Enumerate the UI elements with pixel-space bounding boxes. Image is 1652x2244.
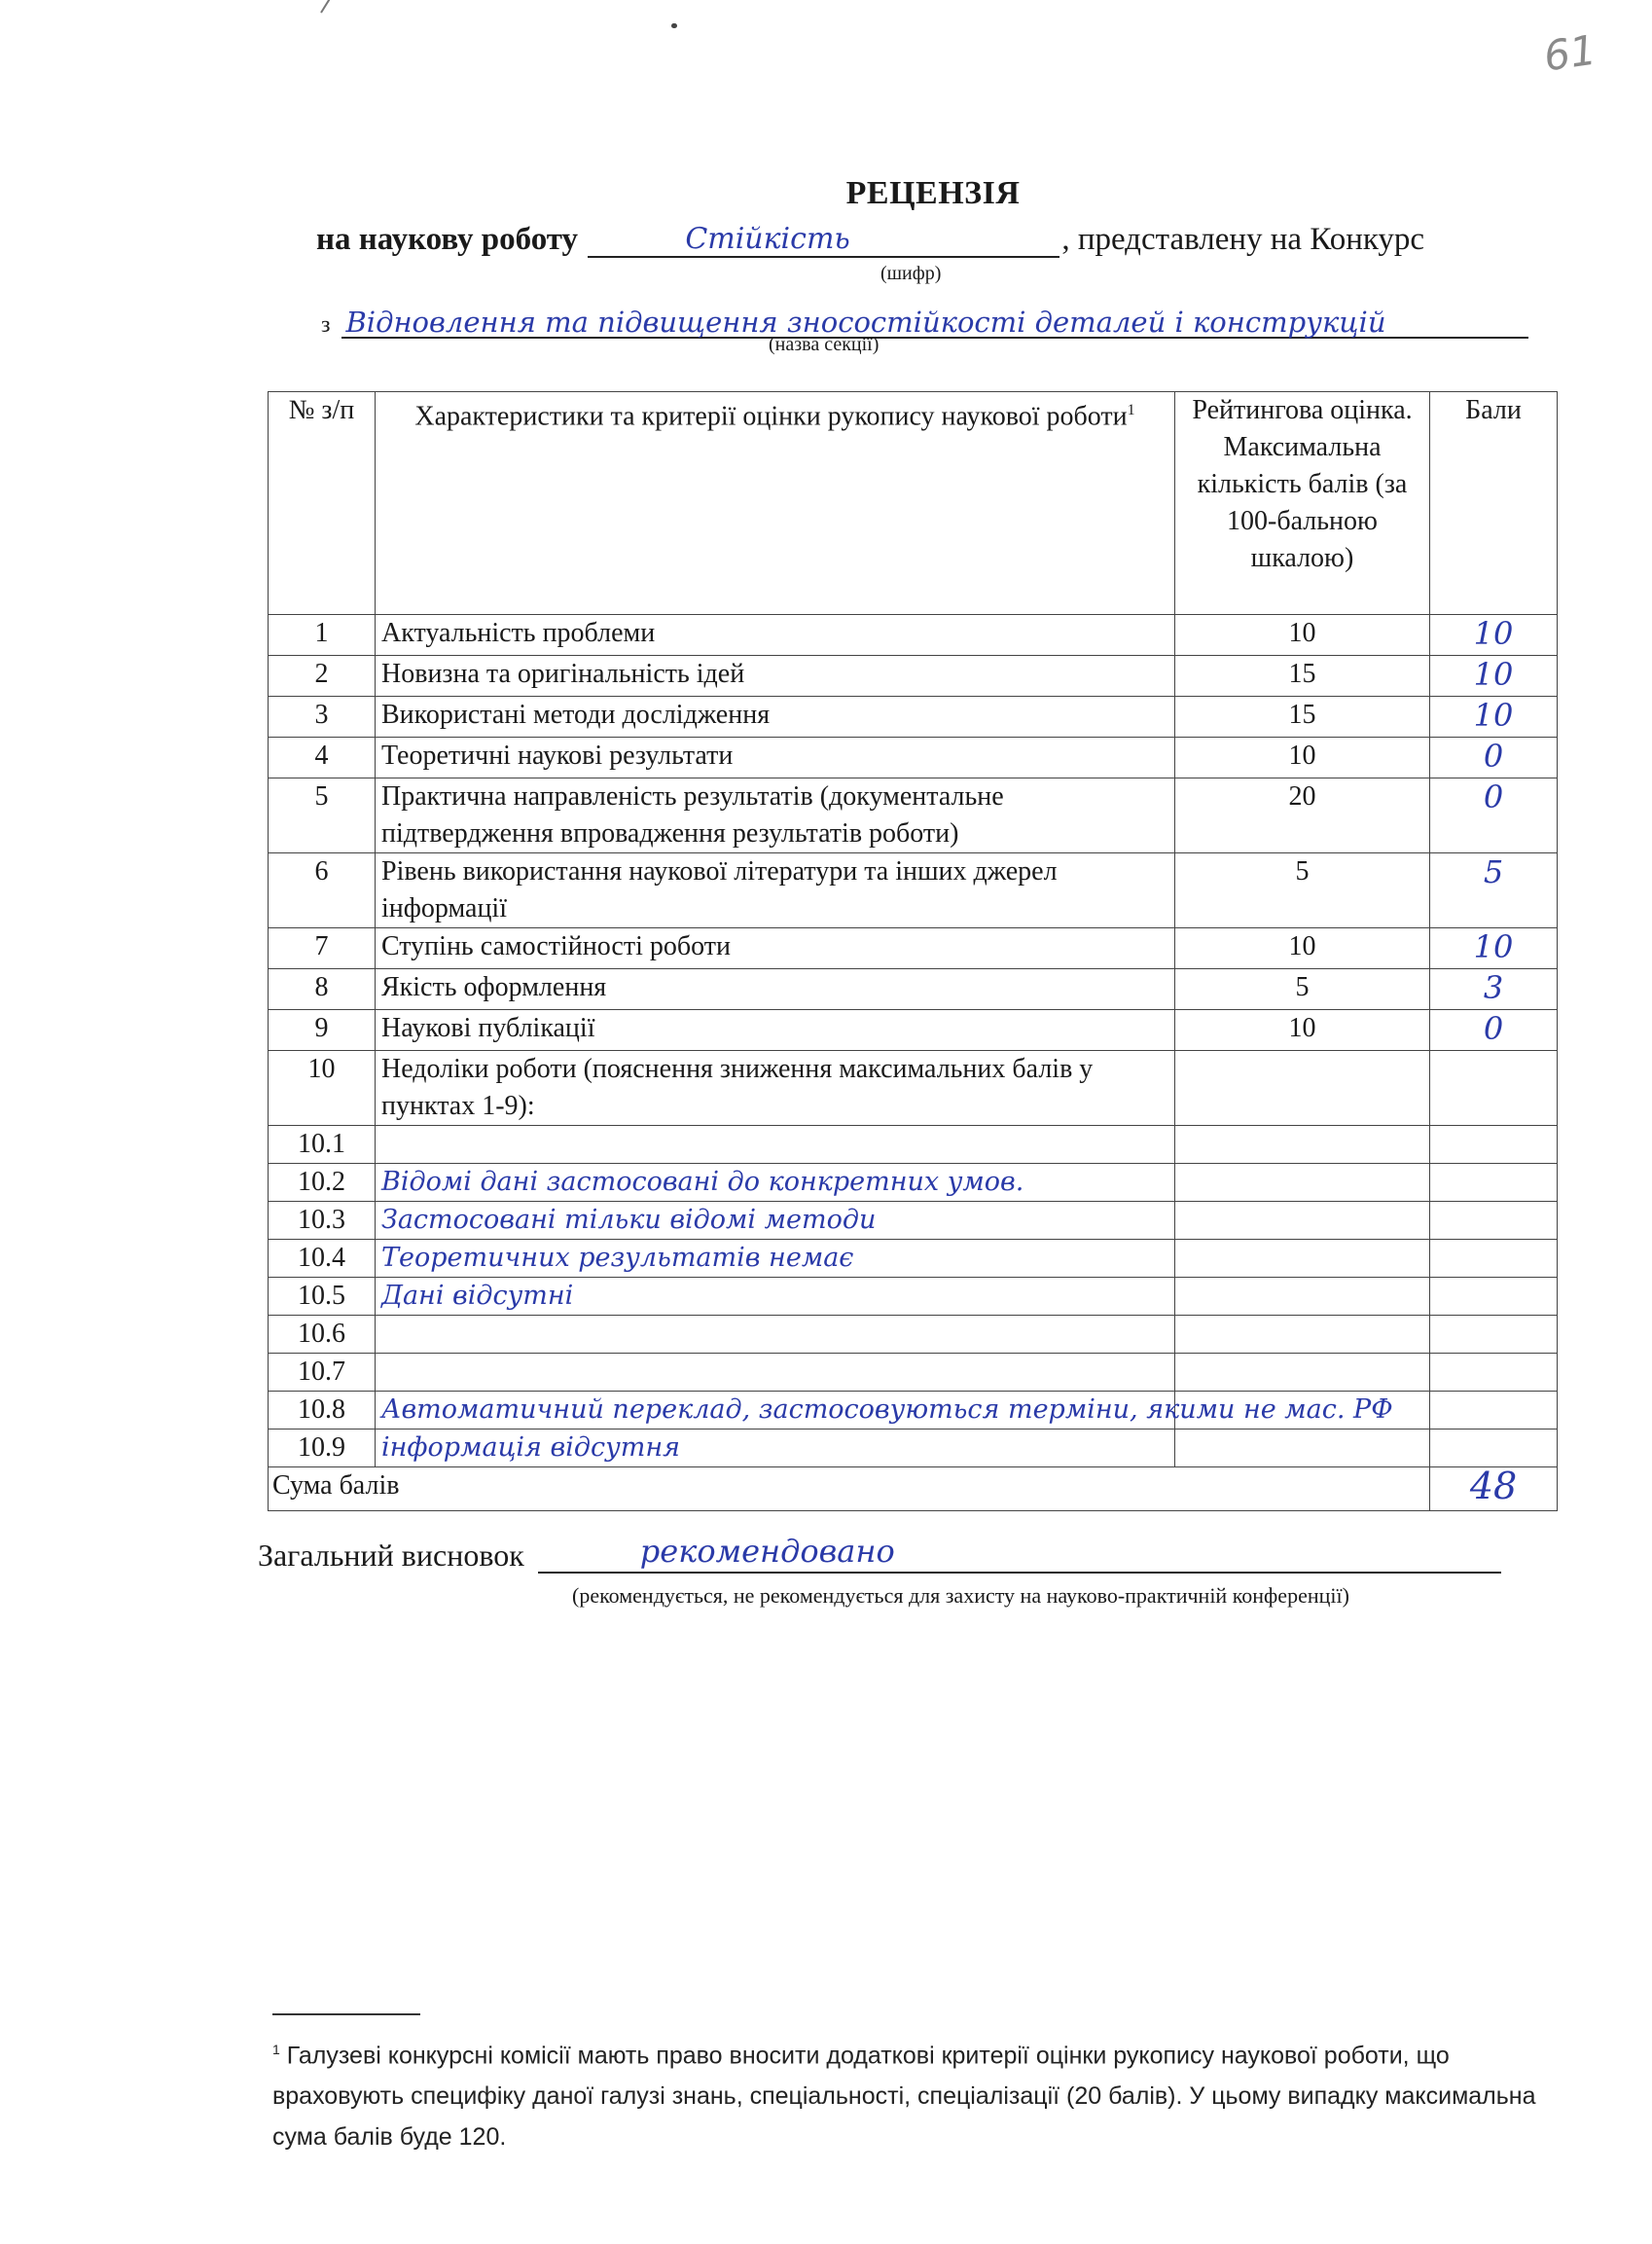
note-num: 10.3: [269, 1202, 376, 1240]
section-line: з Відновлення та підвищення зносостійкос…: [321, 302, 1528, 339]
row-max-score: 10: [1175, 615, 1430, 656]
note-text: Застосовані тільки відомі методи: [381, 1205, 876, 1235]
section-caption: (назва секції): [769, 334, 879, 356]
empty-cell: [1175, 1202, 1430, 1240]
row-max-score: 15: [1175, 697, 1430, 738]
empty-cell: [1430, 1316, 1558, 1354]
row-score-cell[interactable]: 0: [1430, 1010, 1558, 1051]
row-criterion: Актуальність проблеми: [376, 615, 1175, 656]
row-criterion: Практична направленість результатів (док…: [376, 778, 1175, 853]
table-row: 10.5Дані відсутні: [269, 1278, 1558, 1316]
row-score: 0: [1484, 738, 1503, 775]
note-num: 10.4: [269, 1240, 376, 1278]
note-num: 10.6: [269, 1316, 376, 1354]
row-score: 10: [1474, 656, 1514, 693]
empty-cell: [1175, 1316, 1430, 1354]
empty-cell: [1175, 1126, 1430, 1164]
document-title: РЕЦЕНЗІЯ: [107, 175, 1652, 212]
footnote-divider: [272, 2013, 420, 2015]
table-row: 5Практична направленість результатів (до…: [269, 778, 1558, 853]
cipher-field[interactable]: Стійкість: [588, 223, 1059, 258]
empty-cell: [1430, 1354, 1558, 1392]
row-score: 0: [1484, 1010, 1503, 1047]
submitted-text: , представлену на Конкурс: [1061, 222, 1424, 257]
row-score: 10: [1474, 697, 1514, 734]
note-text: інформація відсутня: [381, 1432, 680, 1463]
note-text: Теоретичних результатів немає: [381, 1243, 853, 1273]
table-row: 10.2Відомі дані застосовані до конкретни…: [269, 1164, 1558, 1202]
row-score-cell[interactable]: 10: [1430, 656, 1558, 697]
table-row: 4Теоретичні наукові результати100: [269, 738, 1558, 778]
row-num: 7: [269, 928, 376, 969]
header-max: Рейтингова оцінка. Максимальна кількість…: [1175, 392, 1430, 615]
note-cell[interactable]: [376, 1354, 1175, 1392]
note-num: 10.7: [269, 1354, 376, 1392]
row-num: 4: [269, 738, 376, 778]
note-num: 10.5: [269, 1278, 376, 1316]
cipher-caption: (шифр): [880, 263, 941, 285]
table-row: 10.4Теоретичних результатів немає: [269, 1240, 1558, 1278]
total-row: Сума балів 48: [269, 1467, 1558, 1511]
section-field[interactable]: Відновлення та підвищення зносостійкості…: [341, 302, 1528, 339]
empty-cell: [1175, 1354, 1430, 1392]
note-cell[interactable]: інформація відсутня: [376, 1430, 1175, 1467]
stray-dot: [671, 23, 677, 28]
conclusion-value: рекомендовано: [640, 1533, 895, 1570]
row-score-cell[interactable]: 10: [1430, 928, 1558, 969]
review-table: № з/п Характеристики та критерії оцінки …: [268, 391, 1558, 1511]
table-row: 1Актуальність проблеми1010: [269, 615, 1558, 656]
row-criterion: Використані методи дослідження: [376, 697, 1175, 738]
conclusion-line: Загальний висновок рекомендовано: [258, 1533, 1501, 1574]
table-row: 6Рівень використання наукової літератури…: [269, 853, 1558, 928]
conclusion-field[interactable]: рекомендовано: [538, 1533, 1501, 1574]
row-num: 2: [269, 656, 376, 697]
note-num: 10.9: [269, 1430, 376, 1467]
header-num: № з/п: [269, 392, 376, 615]
empty-cell: [1430, 1430, 1558, 1467]
note-text: Відомі дані застосовані до конкретних ум…: [381, 1167, 1024, 1197]
shortcomings-label: Недоліки роботи (пояснення зниження макс…: [376, 1051, 1175, 1126]
empty-cell: [1430, 1126, 1558, 1164]
table-row: 8Якість оформлення53: [269, 969, 1558, 1010]
row-num: 3: [269, 697, 376, 738]
note-cell[interactable]: [376, 1126, 1175, 1164]
total-label: Сума балів: [269, 1467, 1430, 1511]
empty-cell: [1430, 1164, 1558, 1202]
row-max-score: 10: [1175, 928, 1430, 969]
empty-cell: [1430, 1240, 1558, 1278]
row-max-score: 20: [1175, 778, 1430, 853]
table-row: 10.9інформація відсутня: [269, 1430, 1558, 1467]
footnote-marker: 1: [272, 2042, 280, 2057]
empty-cell: [1430, 1392, 1558, 1430]
note-cell[interactable]: Відомі дані застосовані до конкретних ум…: [376, 1164, 1175, 1202]
table-row: 2Новизна та оригінальність ідей1510: [269, 656, 1558, 697]
row-score-cell[interactable]: 0: [1430, 778, 1558, 853]
row-criterion: Теоретичні наукові результати: [376, 738, 1175, 778]
table-row: 10.8Автоматичний переклад, застосовуютьс…: [269, 1392, 1558, 1430]
row-score-cell[interactable]: 0: [1430, 738, 1558, 778]
page-number: 61: [1541, 26, 1599, 81]
row-score-cell[interactable]: 5: [1430, 853, 1558, 928]
row-max-score: 10: [1175, 738, 1430, 778]
row-num: 5: [269, 778, 376, 853]
header-criteria-text: Характеристики та критерії оцінки рукопи…: [414, 401, 1127, 431]
row-num: 8: [269, 969, 376, 1010]
row-criterion: Рівень використання наукової літератури …: [376, 853, 1175, 928]
conclusion-label: Загальний висновок: [258, 1538, 524, 1573]
row-score-cell[interactable]: 10: [1430, 697, 1558, 738]
row-max-score: 10: [1175, 1010, 1430, 1051]
row-criterion: Наукові публікації: [376, 1010, 1175, 1051]
table-row: 7Ступінь самостійності роботи1010: [269, 928, 1558, 969]
empty-cell: [1175, 1278, 1430, 1316]
empty-cell: [1175, 1240, 1430, 1278]
note-cell[interactable]: Дані відсутні: [376, 1278, 1175, 1316]
row-num: 6: [269, 853, 376, 928]
table-row: 10.1: [269, 1126, 1558, 1164]
row-num: 9: [269, 1010, 376, 1051]
note-cell[interactable]: Автоматичний переклад, застосовуються те…: [376, 1392, 1175, 1430]
note-num: 10.1: [269, 1126, 376, 1164]
footnote-ref: 1: [1128, 402, 1135, 418]
header-score: Бали: [1430, 392, 1558, 615]
total-score: 48: [1470, 1465, 1517, 1507]
row-score-cell[interactable]: 10: [1430, 615, 1558, 656]
row-score: 3: [1484, 969, 1503, 1006]
header-criteria: Характеристики та критерії оцінки рукопи…: [376, 392, 1175, 615]
row-max-score: 5: [1175, 853, 1430, 928]
empty-cell: [1175, 1430, 1430, 1467]
row-score: 10: [1474, 615, 1514, 652]
row-criterion: Якість оформлення: [376, 969, 1175, 1010]
shortcomings-num: 10: [269, 1051, 376, 1126]
note-num: 10.2: [269, 1164, 376, 1202]
work-label: на наукову роботу: [316, 222, 578, 257]
conclusion-caption: (рекомендується, не рекомендується для з…: [572, 1583, 1349, 1609]
empty-cell: [1175, 1051, 1430, 1126]
row-criterion: Новизна та оригінальність ідей: [376, 656, 1175, 697]
note-cell[interactable]: Теоретичних результатів немає: [376, 1240, 1175, 1278]
stray-pen-mark: [320, 0, 341, 14]
section-prefix: з: [321, 312, 330, 338]
footnote-text: Галузеві конкурсні комісії мають право в…: [272, 2042, 1536, 2151]
total-score-cell[interactable]: 48: [1430, 1467, 1558, 1511]
table-row: 9Наукові публікації100: [269, 1010, 1558, 1051]
row-score: 10: [1474, 928, 1514, 965]
empty-cell: [1175, 1164, 1430, 1202]
row-score: 5: [1484, 853, 1503, 890]
cipher-value: Стійкість: [685, 222, 849, 256]
table-row: 3Використані методи дослідження1510: [269, 697, 1558, 738]
row-max-score: 15: [1175, 656, 1430, 697]
empty-cell: [1430, 1278, 1558, 1316]
note-text: Дані відсутні: [381, 1281, 573, 1311]
table-header-row: № з/п Характеристики та критерії оцінки …: [269, 392, 1558, 615]
empty-cell: [1430, 1051, 1558, 1126]
footnote: 1 Галузеві конкурсні комісії мають право…: [272, 2029, 1557, 2157]
note-cell[interactable]: [376, 1316, 1175, 1354]
shortcoming-notes: 10.110.2Відомі дані застосовані до конкр…: [269, 1126, 1558, 1467]
note-cell[interactable]: Застосовані тільки відомі методи: [376, 1202, 1175, 1240]
empty-cell: [1430, 1202, 1558, 1240]
table-row: 10.7: [269, 1354, 1558, 1392]
row-score: 0: [1484, 778, 1503, 815]
criteria-rows: 1Актуальність проблеми10102Новизна та ор…: [269, 615, 1558, 1051]
note-num: 10.8: [269, 1392, 376, 1430]
work-line: на наукову роботу Стійкість, представлен…: [316, 222, 1424, 258]
row-max-score: 5: [1175, 969, 1430, 1010]
row-num: 1: [269, 615, 376, 656]
shortcomings-row: 10 Недоліки роботи (пояснення зниження м…: [269, 1051, 1558, 1126]
row-criterion: Ступінь самостійності роботи: [376, 928, 1175, 969]
row-score-cell[interactable]: 3: [1430, 969, 1558, 1010]
table-row: 10.3Застосовані тільки відомі методи: [269, 1202, 1558, 1240]
table-row: 10.6: [269, 1316, 1558, 1354]
note-text: Автоматичний переклад, застосовуються те…: [381, 1394, 1393, 1425]
